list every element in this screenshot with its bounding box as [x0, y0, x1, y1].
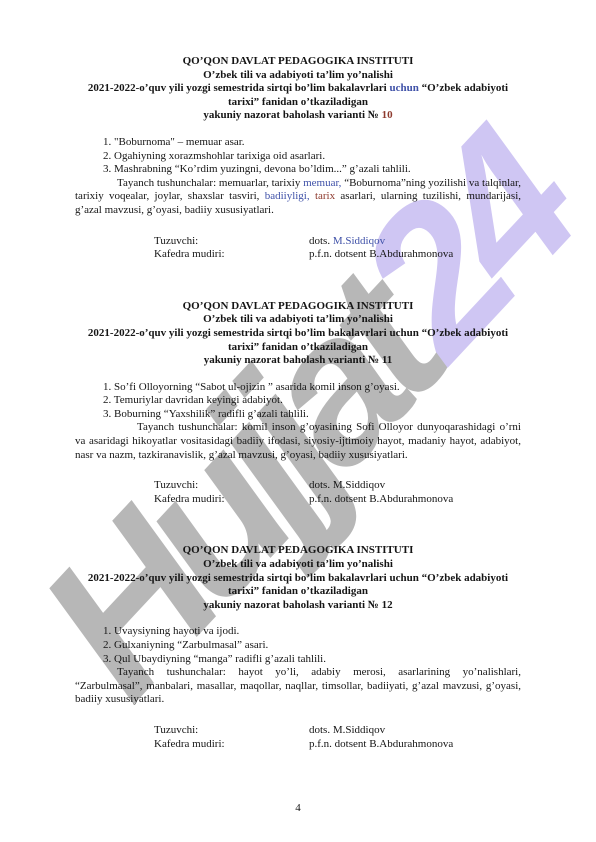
tuzuvchi-label: Tuzuvchi: — [154, 479, 309, 493]
exam-variant-section: QO’QON DAVLAT PEDAGOGIKA INSTITUTI O’zbe… — [75, 300, 521, 507]
variant-number-line: yakuniy nazorat baholash varianti № 11 — [75, 354, 521, 368]
program-title: O’zbek tili va adabiyoti ta’lim yo’nalis… — [75, 558, 521, 572]
signoff-row-tuzuvchi: Tuzuvchi: dots. M.Siddiqov — [154, 479, 521, 493]
variant-number-line: yakuniy nazorat baholash varianti № 10 — [75, 109, 521, 123]
program-title: O’zbek tili va adabiyoti ta’lim yo’nalis… — [75, 69, 521, 83]
section-header: QO’QON DAVLAT PEDAGOGIKA INSTITUTI O’zbe… — [75, 300, 521, 368]
kafedra-value: p.f.n. dotsent B.Abdurahmonova — [309, 493, 453, 507]
section-header: QO’QON DAVLAT PEDAGOGIKA INSTITUTI O’zbe… — [75, 544, 521, 612]
tuzuvchi-value: dots. M.Siddiqov — [309, 724, 385, 738]
kafedra-value: p.f.n. dotsent B.Abdurahmonova — [309, 738, 453, 752]
kafedra-label: Kafedra mudiri: — [154, 248, 309, 262]
document-page: Hujjat24 QO’QON DAVLAT PEDAGOGIKA INSTIT… — [0, 0, 596, 842]
key-concepts-paragraph: Tayanch tushunchalar: komil inson g’oyas… — [75, 421, 521, 462]
question-item-1: 1. So’fi Olloyorning “Sabot ul-ojizin ” … — [103, 381, 521, 395]
tuzuvchi-label: Tuzuvchi: — [154, 235, 309, 249]
exam-variant-section: QO’QON DAVLAT PEDAGOGIKA INSTITUTI O’zbe… — [75, 544, 521, 751]
section-header: QO’QON DAVLAT PEDAGOGIKA INSTITUTI O’zbe… — [75, 55, 521, 123]
question-item-2: 2. Gulxaniyning “Zarbulmasal” asari. — [103, 639, 521, 653]
signoff-row-kafedra: Kafedra mudiri: p.f.n. dotsent B.Abdurah… — [154, 493, 521, 507]
signoff-block: Tuzuvchi: dots. M.Siddiqov Kafedra mudir… — [154, 235, 521, 262]
kafedra-label: Kafedra mudiri: — [154, 738, 309, 752]
page-number: 4 — [0, 802, 596, 814]
exam-variant-section: QO’QON DAVLAT PEDAGOGIKA INSTITUTI O’zbe… — [75, 55, 521, 262]
question-item-3: 3. Mashrabning “Ko’rdim yuzingni, devona… — [103, 163, 521, 177]
kafedra-label: Kafedra mudiri: — [154, 493, 309, 507]
question-item-3: 3. Boburning “Yaxshilik” radifli g’azali… — [103, 408, 521, 422]
signoff-row-tuzuvchi: Tuzuvchi: dots. M.Siddiqov — [154, 724, 521, 738]
tuzuvchi-value: dots. M.Siddiqov — [309, 479, 385, 493]
question-item-2: 2. Ogahiyning xorazmshohlar tarixiga oid… — [103, 150, 521, 164]
key-concepts-paragraph: Tayanch tushunchalar: hayot yo’li, adabi… — [75, 666, 521, 707]
question-list: 1. Uvaysiyning hayoti va ijodi. 2. Gulxa… — [103, 625, 521, 666]
course-description-line: 2021-2022-o’quv yili yozgi semestrida si… — [75, 82, 521, 109]
tuzuvchi-label: Tuzuvchi: — [154, 724, 309, 738]
signoff-row-tuzuvchi: Tuzuvchi: dots. M.Siddiqov — [154, 235, 521, 249]
signoff-block: Tuzuvchi: dots. M.Siddiqov Kafedra mudir… — [154, 724, 521, 751]
question-item-3: 3. Qul Ubaydiyning “manga” radifli g’aza… — [103, 653, 521, 667]
institute-title: QO’QON DAVLAT PEDAGOGIKA INSTITUTI — [75, 544, 521, 558]
question-item-1: 1. "Boburnoma" – memuar asar. — [103, 136, 521, 150]
document-content: QO’QON DAVLAT PEDAGOGIKA INSTITUTI O’zbe… — [0, 0, 596, 751]
signoff-row-kafedra: Kafedra mudiri: p.f.n. dotsent B.Abdurah… — [154, 738, 521, 752]
tuzuvchi-value: dots. M.Siddiqov — [309, 235, 385, 249]
exam-variant-sections: QO’QON DAVLAT PEDAGOGIKA INSTITUTI O’zbe… — [75, 55, 521, 751]
kafedra-value: p.f.n. dotsent B.Abdurahmonova — [309, 248, 453, 262]
question-item-2: 2. Temuriylar davridan keyingi adabiyot. — [103, 394, 521, 408]
question-list: 1. "Boburnoma" – memuar asar. 2. Ogahiyn… — [103, 136, 521, 177]
course-description-line: 2021-2022-o’quv yili yozgi semestrida si… — [75, 572, 521, 599]
course-description-line: 2021-2022-o’quv yili yozgi semestrida si… — [75, 327, 521, 354]
question-item-1: 1. Uvaysiyning hayoti va ijodi. — [103, 625, 521, 639]
institute-title: QO’QON DAVLAT PEDAGOGIKA INSTITUTI — [75, 300, 521, 314]
program-title: O’zbek tili va adabiyoti ta’lim yo’nalis… — [75, 313, 521, 327]
institute-title: QO’QON DAVLAT PEDAGOGIKA INSTITUTI — [75, 55, 521, 69]
question-list: 1. So’fi Olloyorning “Sabot ul-ojizin ” … — [103, 381, 521, 422]
signoff-row-kafedra: Kafedra mudiri: p.f.n. dotsent B.Abdurah… — [154, 248, 521, 262]
key-concepts-paragraph: Tayanch tushunchalar: memuarlar, tarixiy… — [75, 177, 521, 218]
variant-number-line: yakuniy nazorat baholash varianti № 12 — [75, 599, 521, 613]
signoff-block: Tuzuvchi: dots. M.Siddiqov Kafedra mudir… — [154, 479, 521, 506]
